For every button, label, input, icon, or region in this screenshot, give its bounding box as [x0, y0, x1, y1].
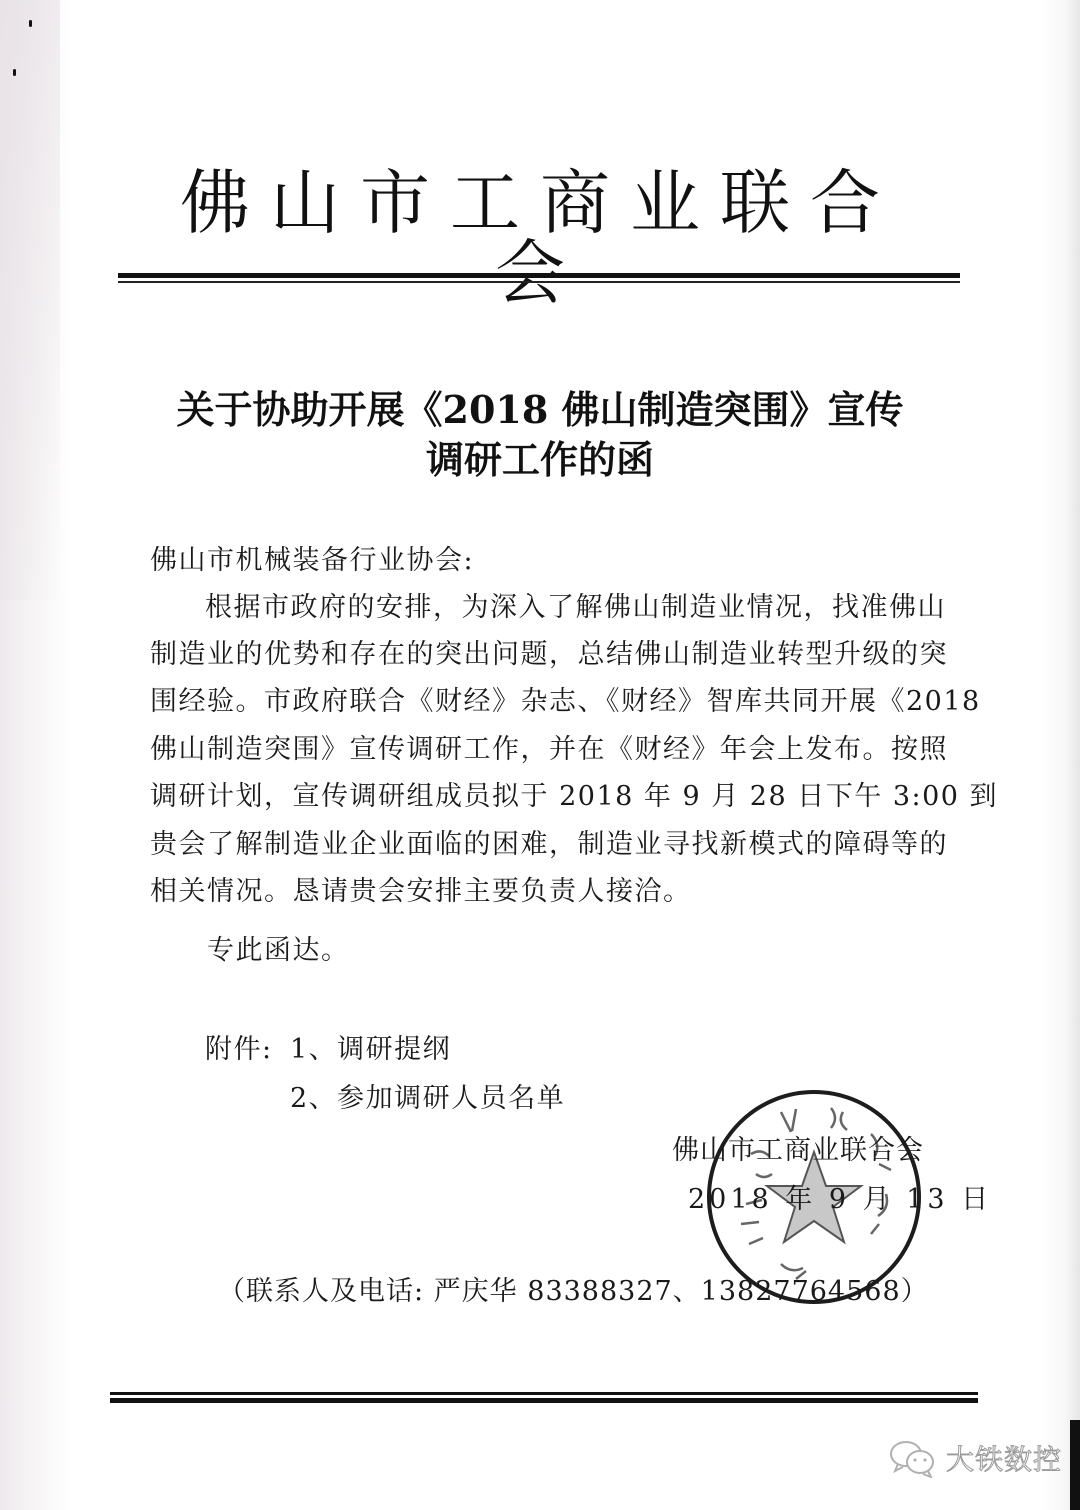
attachment-item: 2、参加调研人员名单 [290, 1076, 565, 1115]
body-line: 调研计划，宣传调研组成员拟于 2018 年 9 月 28 日下午 3:00 到 [150, 774, 998, 813]
closing-phrase: 专此函达。 [207, 928, 350, 967]
wechat-watermark: 大铁数控 [888, 1438, 1062, 1478]
body-line: 围经验。市政府联合《财经》杂志、《财经》智库共同开展《2018 [150, 679, 981, 718]
body-line: 制造业的优势和存在的突出问题，总结佛山制造业转型升级的突 [150, 632, 948, 671]
wechat-icon [888, 1438, 938, 1478]
footer-divider [110, 1392, 978, 1403]
document-title-line-1: 关于协助开展《2018 佛山制造突围》宣传 [130, 386, 950, 434]
document-page: 佛山市工商业联合会 关于协助开展《2018 佛山制造突围》宣传 调研工作的函 佛… [0, 0, 1080, 1510]
attachments-label: 附件: [205, 1027, 273, 1066]
body-line: 相关情况。恳请贵会安排主要负责人接洽。 [150, 869, 692, 908]
page-edge-shadow [1070, 1420, 1080, 1510]
punch-hole [29, 20, 32, 27]
signature-organization: 佛山市工商业联合会 [672, 1128, 924, 1167]
letterhead-organization: 佛山市工商业联合会 [140, 168, 940, 308]
letterhead-divider [118, 273, 960, 283]
contact-info: （联系人及电话: 严庆华 83388327、13827764568） [218, 1269, 929, 1308]
attachment-item: 1、调研提纲 [290, 1027, 451, 1066]
addressee: 佛山市机械装备行业协会: [150, 538, 474, 577]
page-edge-shadow [0, 0, 60, 600]
punch-hole [13, 69, 16, 76]
document-title-line-2: 调研工作的函 [130, 436, 950, 484]
signature-date: 2018 年 9 月 13 日 [688, 1177, 992, 1216]
body-line: 贵会了解制造业企业面临的困难，制造业寻找新模式的障碍等的 [150, 822, 948, 861]
body-line: 佛山制造突围》宣传调研工作，并在《财经》年会上发布。按照 [150, 727, 948, 766]
body-line: 根据市政府的安排，为深入了解佛山制造业情况，找准佛山 [205, 585, 946, 624]
watermark-text: 大铁数控 [946, 1438, 1062, 1478]
